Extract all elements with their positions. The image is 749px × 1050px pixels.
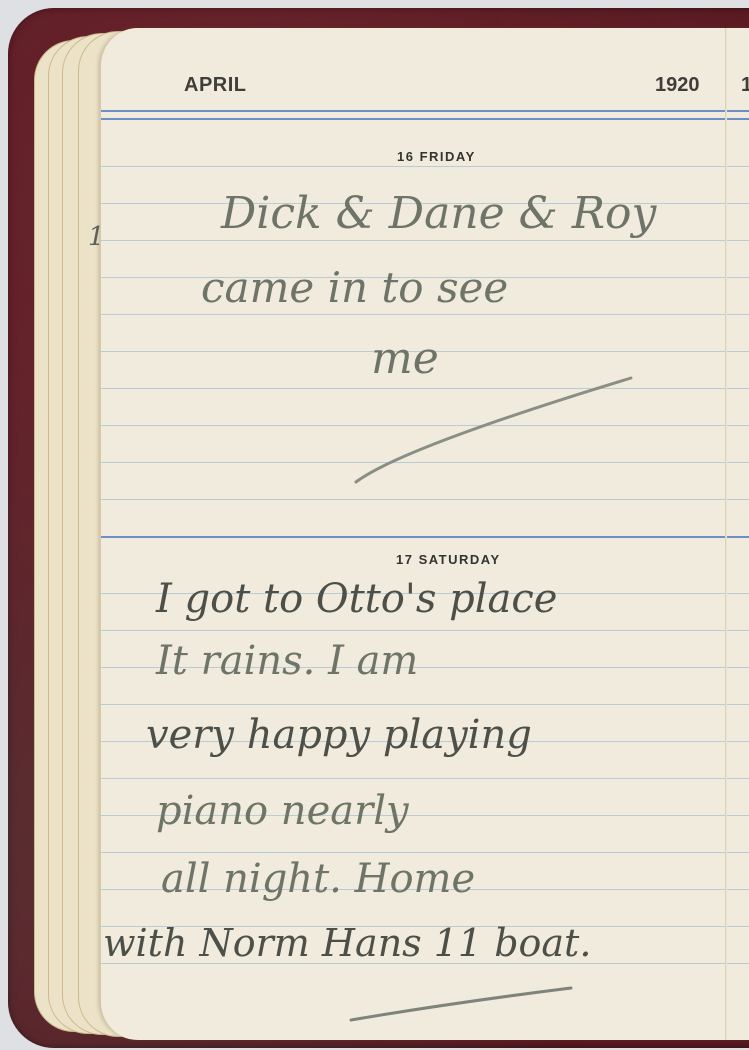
margin-mark: 1 <box>88 222 105 252</box>
pen-strokes <box>101 28 749 1040</box>
underline-stroke <box>356 378 631 482</box>
underline-stroke <box>351 988 571 1020</box>
diary-page: APRIL 1920 1 16 FRIDAY Dick & Dane & Roy… <box>100 28 749 1040</box>
